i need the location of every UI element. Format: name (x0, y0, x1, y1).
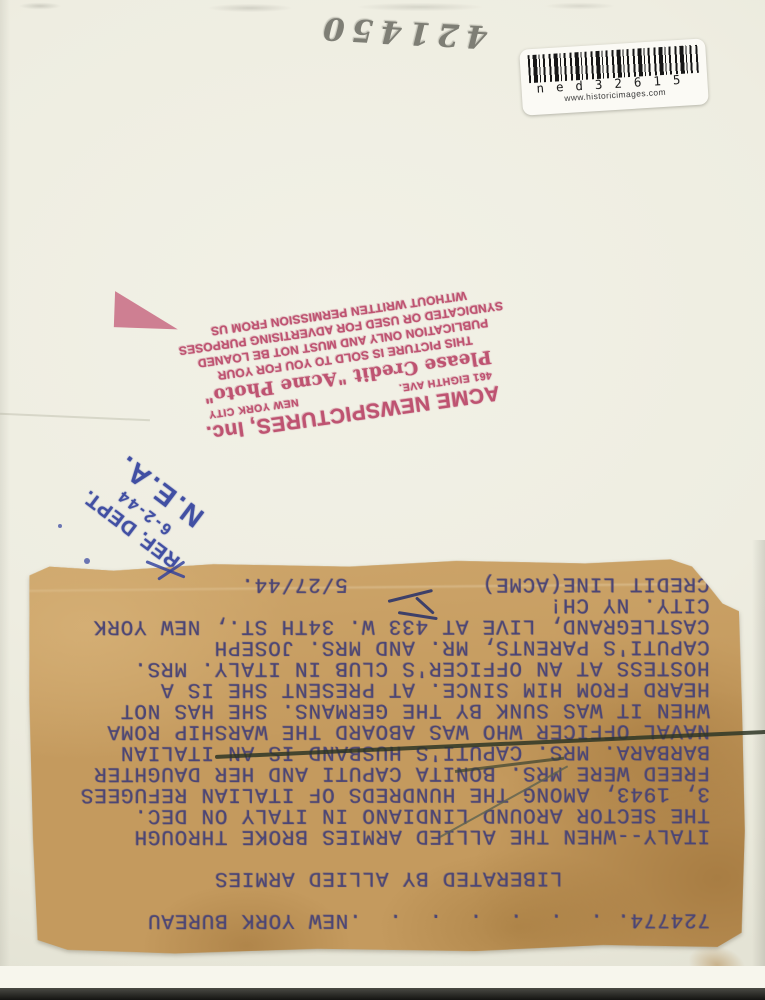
right-edge-shade (752, 540, 765, 970)
stamp-ink-triangle-blot (114, 291, 179, 329)
caption-paper: 724774. . . . . . . .NEW YORK BUREAU LIB… (28, 556, 746, 955)
left-edge-shade (0, 0, 10, 1000)
photo-crease (0, 413, 150, 422)
scan-bottom-edge (0, 988, 765, 1000)
photo-bottom-margin (0, 966, 765, 990)
handwritten-number: 421450 (317, 0, 489, 54)
ink-dot (58, 524, 62, 528)
barcode-sticker: ned32615 www.historicimages.com (519, 38, 709, 115)
press-photo-back-scan: 421450 ned32615 www.historicimages.com A… (0, 0, 765, 1000)
acme-newspictures-stamp: ACME NEWSPICTURES, Inc. 461 EIGHTH AVE. … (122, 266, 569, 465)
caption-paper-surface: 724774. . . . . . . .NEW YORK BUREAU LIB… (28, 556, 746, 955)
typed-caption: 724774. . . . . . . .NEW YORK BUREAU LIB… (30, 559, 745, 952)
